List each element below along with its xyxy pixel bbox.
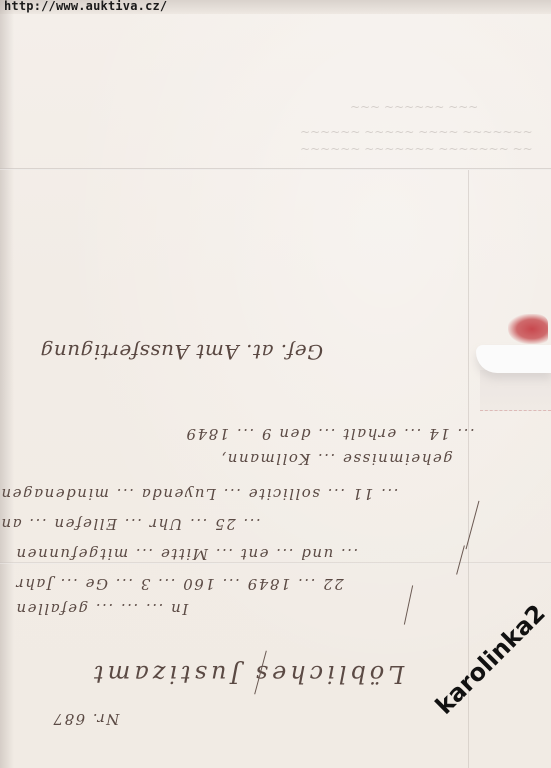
site-watermark: http://www.auktiva.cz/ xyxy=(4,0,167,13)
body-line-3: ... 11 ... sollicite ... Luyenda ... min… xyxy=(0,485,399,503)
torn-paper xyxy=(476,345,551,373)
body-line-6: 22 ... 1849 ... 160 ... 3 ... Ge ... Jah… xyxy=(15,575,344,593)
seal-residue xyxy=(480,370,551,411)
salutation: Löbliches Justizamt xyxy=(90,660,404,688)
red-wax-seal xyxy=(508,314,548,344)
scan-left-edge xyxy=(0,0,14,768)
bleed-through-text: ~~~ ~~~~~~ ~~~ xyxy=(350,100,478,114)
body-line-4: ... 25 ... Uhr ... Ellefen ... an xyxy=(0,515,261,533)
bleed-through-text: ~~ ~~~~~~~ ~~~~~~~ ~~~~~~ xyxy=(300,142,533,156)
bleed-through-text: ~~~~~~~ ~~~~ ~~~~~ ~~~~~~ xyxy=(300,125,533,139)
signature-line-1: Gef. at. Amt Aussfertigung xyxy=(40,340,323,364)
body-line-7: In ... ... ... gefallen xyxy=(15,600,188,618)
reference-number: Nr. 687 xyxy=(52,710,119,728)
body-line-5: ... und ... ent ... Mitte ... mitgefunne… xyxy=(15,545,358,563)
body-line-1: ... 14 ... erhalt ... den 9 ... 1849 xyxy=(185,425,475,443)
body-line-2: geheimnisse ... Kollmann, xyxy=(220,450,453,468)
